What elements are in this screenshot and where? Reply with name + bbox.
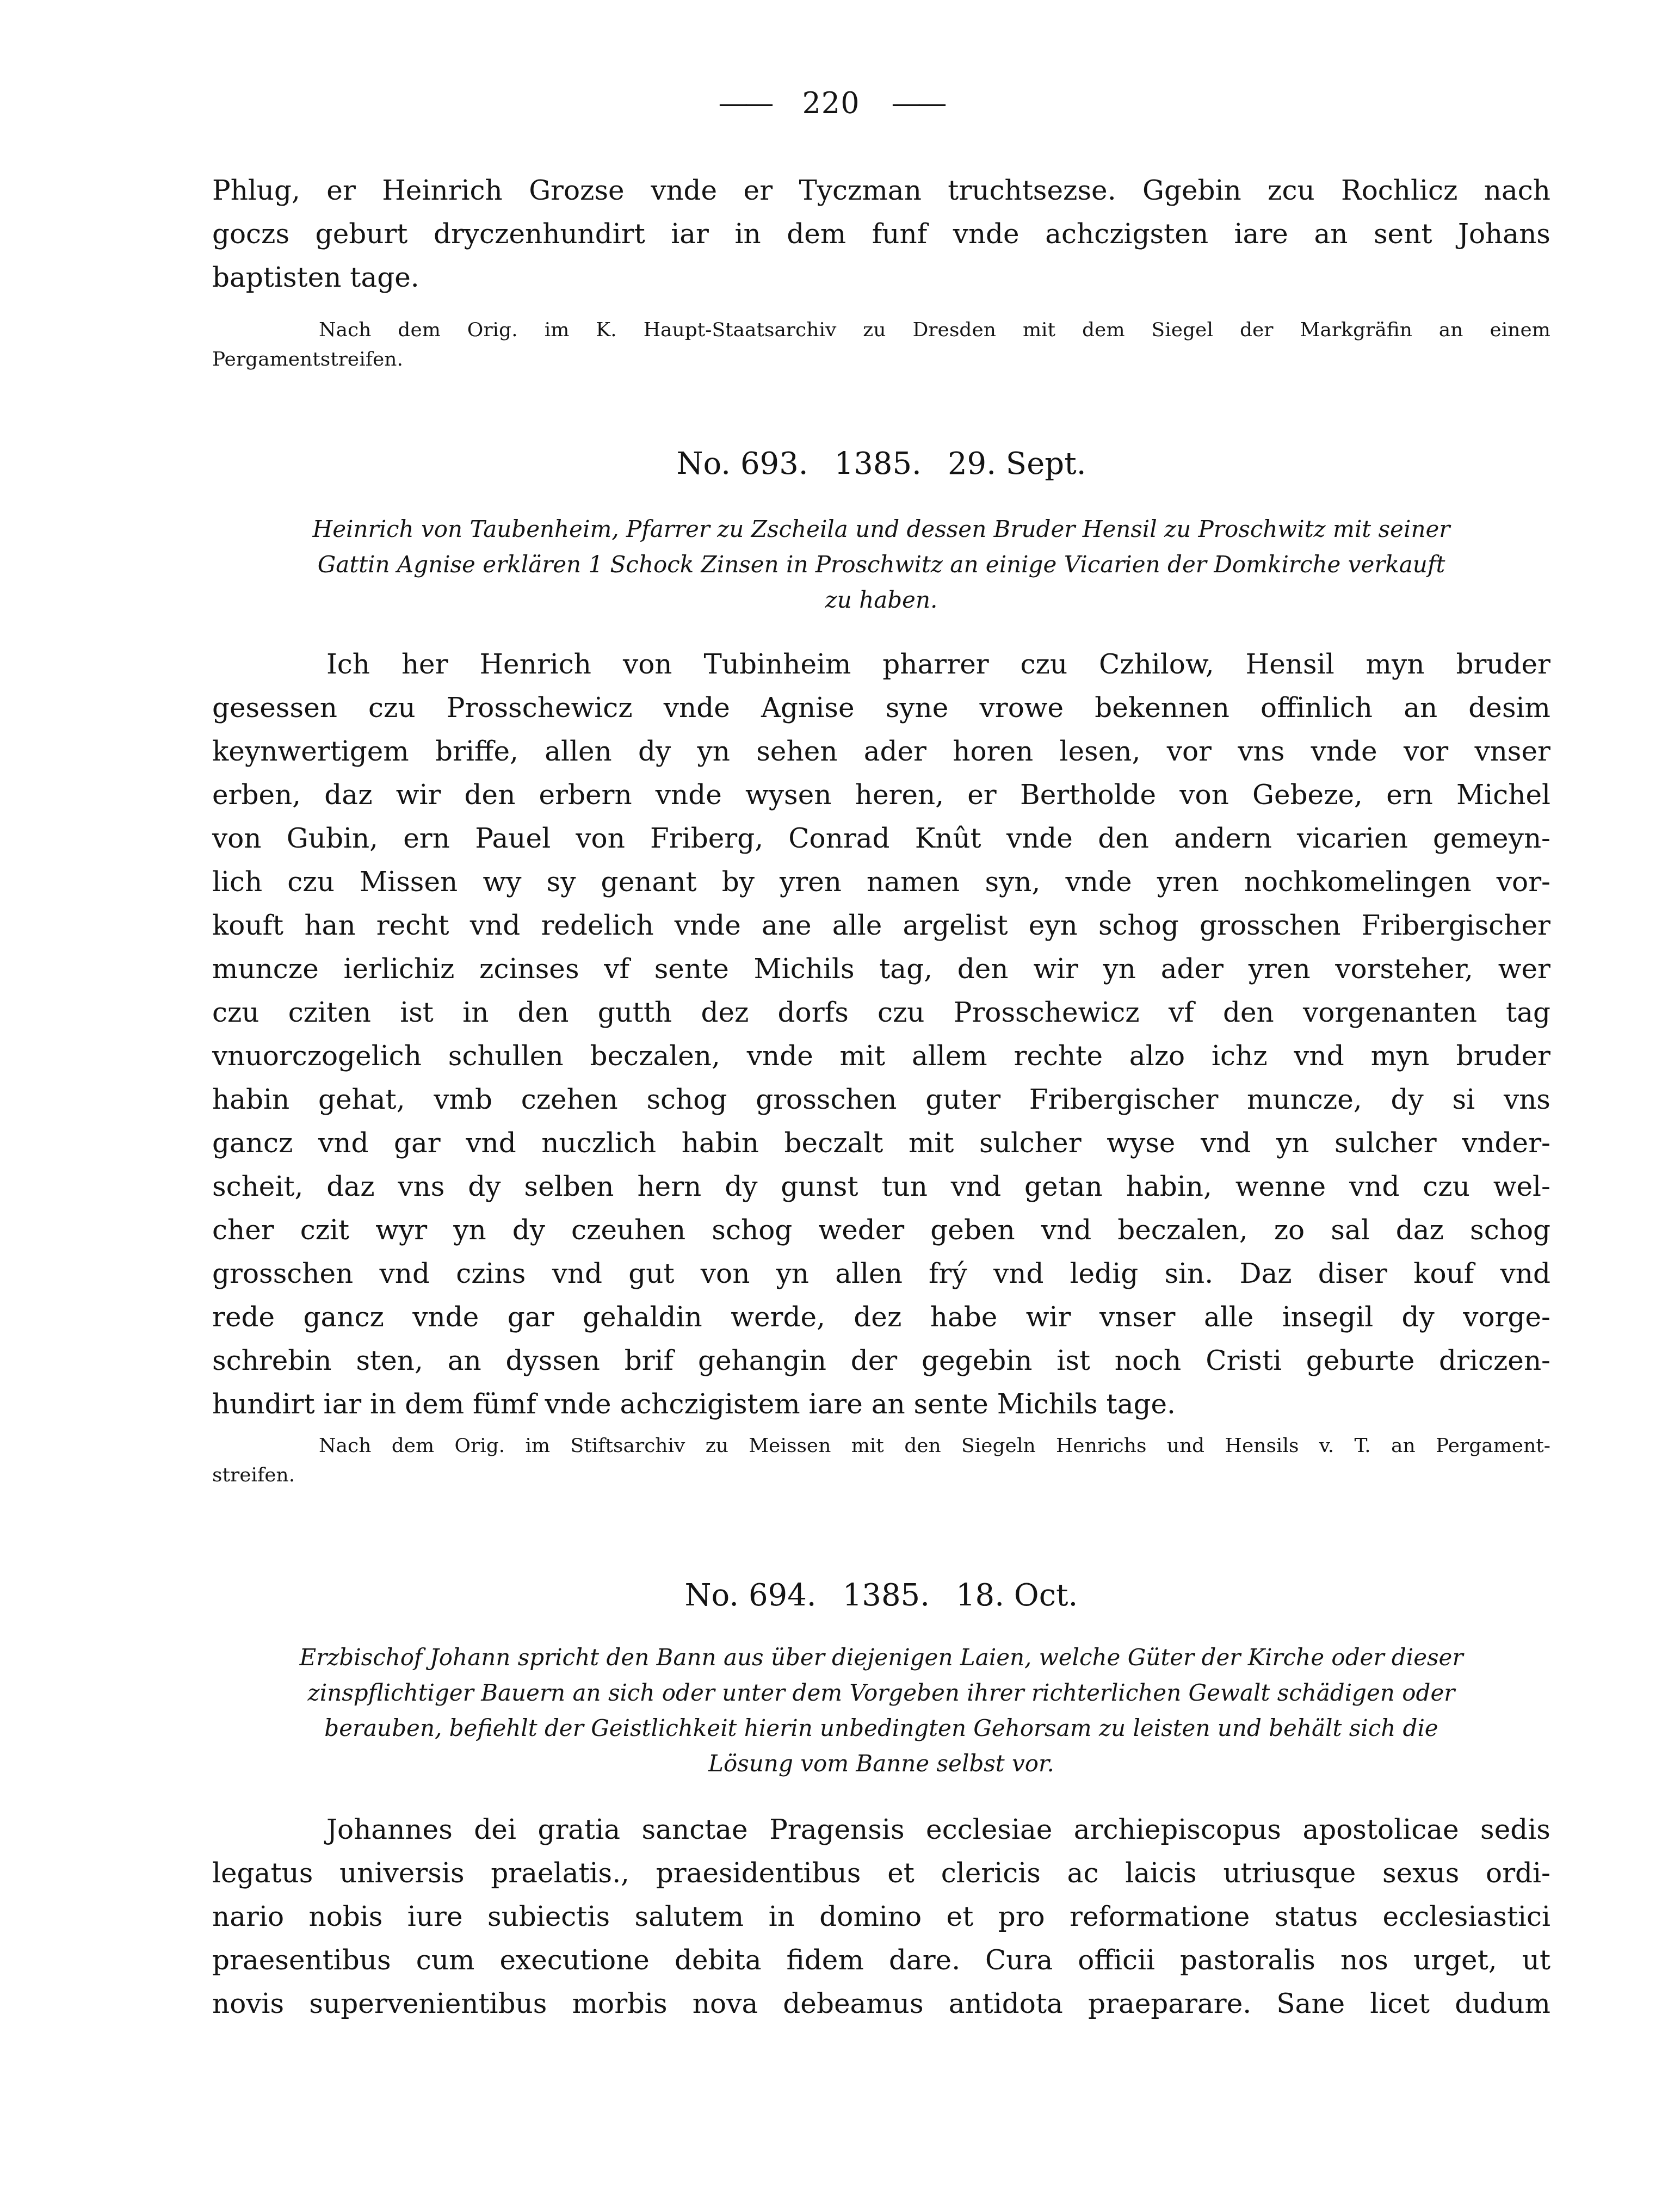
text-line: habin gehat, vmb czehen schog grosschen … — [212, 1078, 1550, 1121]
text-line: Nach dem Orig. im Stiftsarchiv zu Meisse… — [212, 1431, 1550, 1461]
text-line: Heinrich von Taubenheim, Pfarrer zu Zsch… — [212, 511, 1550, 547]
entry-694-number: No. 694. — [685, 1578, 817, 1613]
page-number-dash-right: —— — [892, 86, 944, 120]
entry-694-body: Johannes dei gratia sanctae Pragensis ec… — [212, 1808, 1550, 2025]
text-line: berauben, befiehlt der Geistlichkeit hie… — [212, 1710, 1550, 1746]
text-line: Erzbischof Johann spricht den Bann aus ü… — [212, 1640, 1550, 1675]
text-line: muncze ierlichiz zcinses vf sente Michil… — [212, 947, 1550, 991]
text-line: Lösung vom Banne selbst vor. — [212, 1746, 1550, 1781]
entry-694-date: 18. Oct. — [956, 1578, 1078, 1613]
entry-694-heading: No. 694.1385.18. Oct. — [212, 1574, 1550, 1617]
page-number: 220 — [802, 86, 860, 120]
document-page: ——220—— Phlug, er Heinrich Grozse vnde e… — [0, 0, 1662, 2212]
entry-694-summary: Erzbischof Johann spricht den Bann aus ü… — [212, 1640, 1550, 1781]
text-line: zinspflichtiger Bauern an sich oder unte… — [212, 1675, 1550, 1710]
text-line: Johannes dei gratia sanctae Pragensis ec… — [212, 1808, 1550, 1851]
text-line: Pergamentstreifen. — [212, 345, 1550, 374]
continuation-paragraph: Phlug, er Heinrich Grozse vnde er Tyczma… — [212, 169, 1550, 299]
text-line: cher czit wyr yn dy czeuhen schog weder … — [212, 1208, 1550, 1252]
text-line: lich czu Missen wy sy genant by yren nam… — [212, 860, 1550, 904]
text-line: gesessen czu Prosschewicz vnde Agnise sy… — [212, 686, 1550, 730]
text-line: baptisten tage. — [212, 256, 1550, 299]
entry-694-year: 1385. — [843, 1578, 930, 1613]
text-line: Ich her Henrich von Tubinheim pharrer cz… — [212, 642, 1550, 686]
source-note: Nach dem Orig. im Stiftsarchiv zu Meisse… — [212, 1431, 1550, 1490]
text-line: streifen. — [212, 1461, 1550, 1490]
text-line: schrebin sten, an dyssen brif gehangin d… — [212, 1339, 1550, 1382]
text-line: Gattin Agnise erklären 1 Schock Zinsen i… — [212, 547, 1550, 582]
text-line: rede gancz vnde gar gehaldin werde, dez … — [212, 1295, 1550, 1339]
entry-693-year: 1385. — [835, 446, 922, 481]
text-line: vnuorczogelich schullen beczalen, vnde m… — [212, 1034, 1550, 1078]
text-line: czu cziten ist in den gutth dez dorfs cz… — [212, 991, 1550, 1034]
text-line: erben, daz wir den erbern vnde wysen her… — [212, 773, 1550, 817]
text-line: Phlug, er Heinrich Grozse vnde er Tyczma… — [212, 169, 1550, 212]
page-number-row: ——220—— — [0, 82, 1662, 125]
text-line: kouft han recht vnd redelich vnde ane al… — [212, 904, 1550, 947]
text-line: goczs geburt dryczenhundirt iar in dem f… — [212, 212, 1550, 256]
text-line: von Gubin, ern Pauel von Friberg, Conrad… — [212, 817, 1550, 860]
text-line: keynwertigem briffe, allen dy yn sehen a… — [212, 730, 1550, 773]
text-line: novis supervenientibus morbis nova debea… — [212, 1982, 1550, 2025]
page-number-dash-left: —— — [718, 86, 770, 120]
entry-693-heading: No. 693.1385.29. Sept. — [212, 442, 1550, 486]
text-line: hundirt iar in dem fümf vnde achczigiste… — [212, 1382, 1550, 1426]
text-line: grosschen vnd czins vnd gut von yn allen… — [212, 1252, 1550, 1295]
entry-693-date: 29. Sept. — [948, 446, 1086, 481]
text-line: scheit, daz vns dy selben hern dy gunst … — [212, 1165, 1550, 1208]
text-line: praesentibus cum executione debita fidem… — [212, 1938, 1550, 1982]
text-line: nario nobis iure subiectis salutem in do… — [212, 1895, 1550, 1938]
text-line: legatus universis praelatis., praesident… — [212, 1851, 1550, 1895]
entry-693-body: Ich her Henrich von Tubinheim pharrer cz… — [212, 642, 1550, 1426]
text-line: gancz vnd gar vnd nuczlich habin beczalt… — [212, 1121, 1550, 1165]
entry-693-summary: Heinrich von Taubenheim, Pfarrer zu Zsch… — [212, 511, 1550, 617]
text-line: zu haben. — [212, 582, 1550, 617]
source-note: Nach dem Orig. im K. Haupt-Staatsarchiv … — [212, 316, 1550, 374]
entry-693-number: No. 693. — [677, 446, 808, 481]
text-line: Nach dem Orig. im K. Haupt-Staatsarchiv … — [212, 316, 1550, 345]
